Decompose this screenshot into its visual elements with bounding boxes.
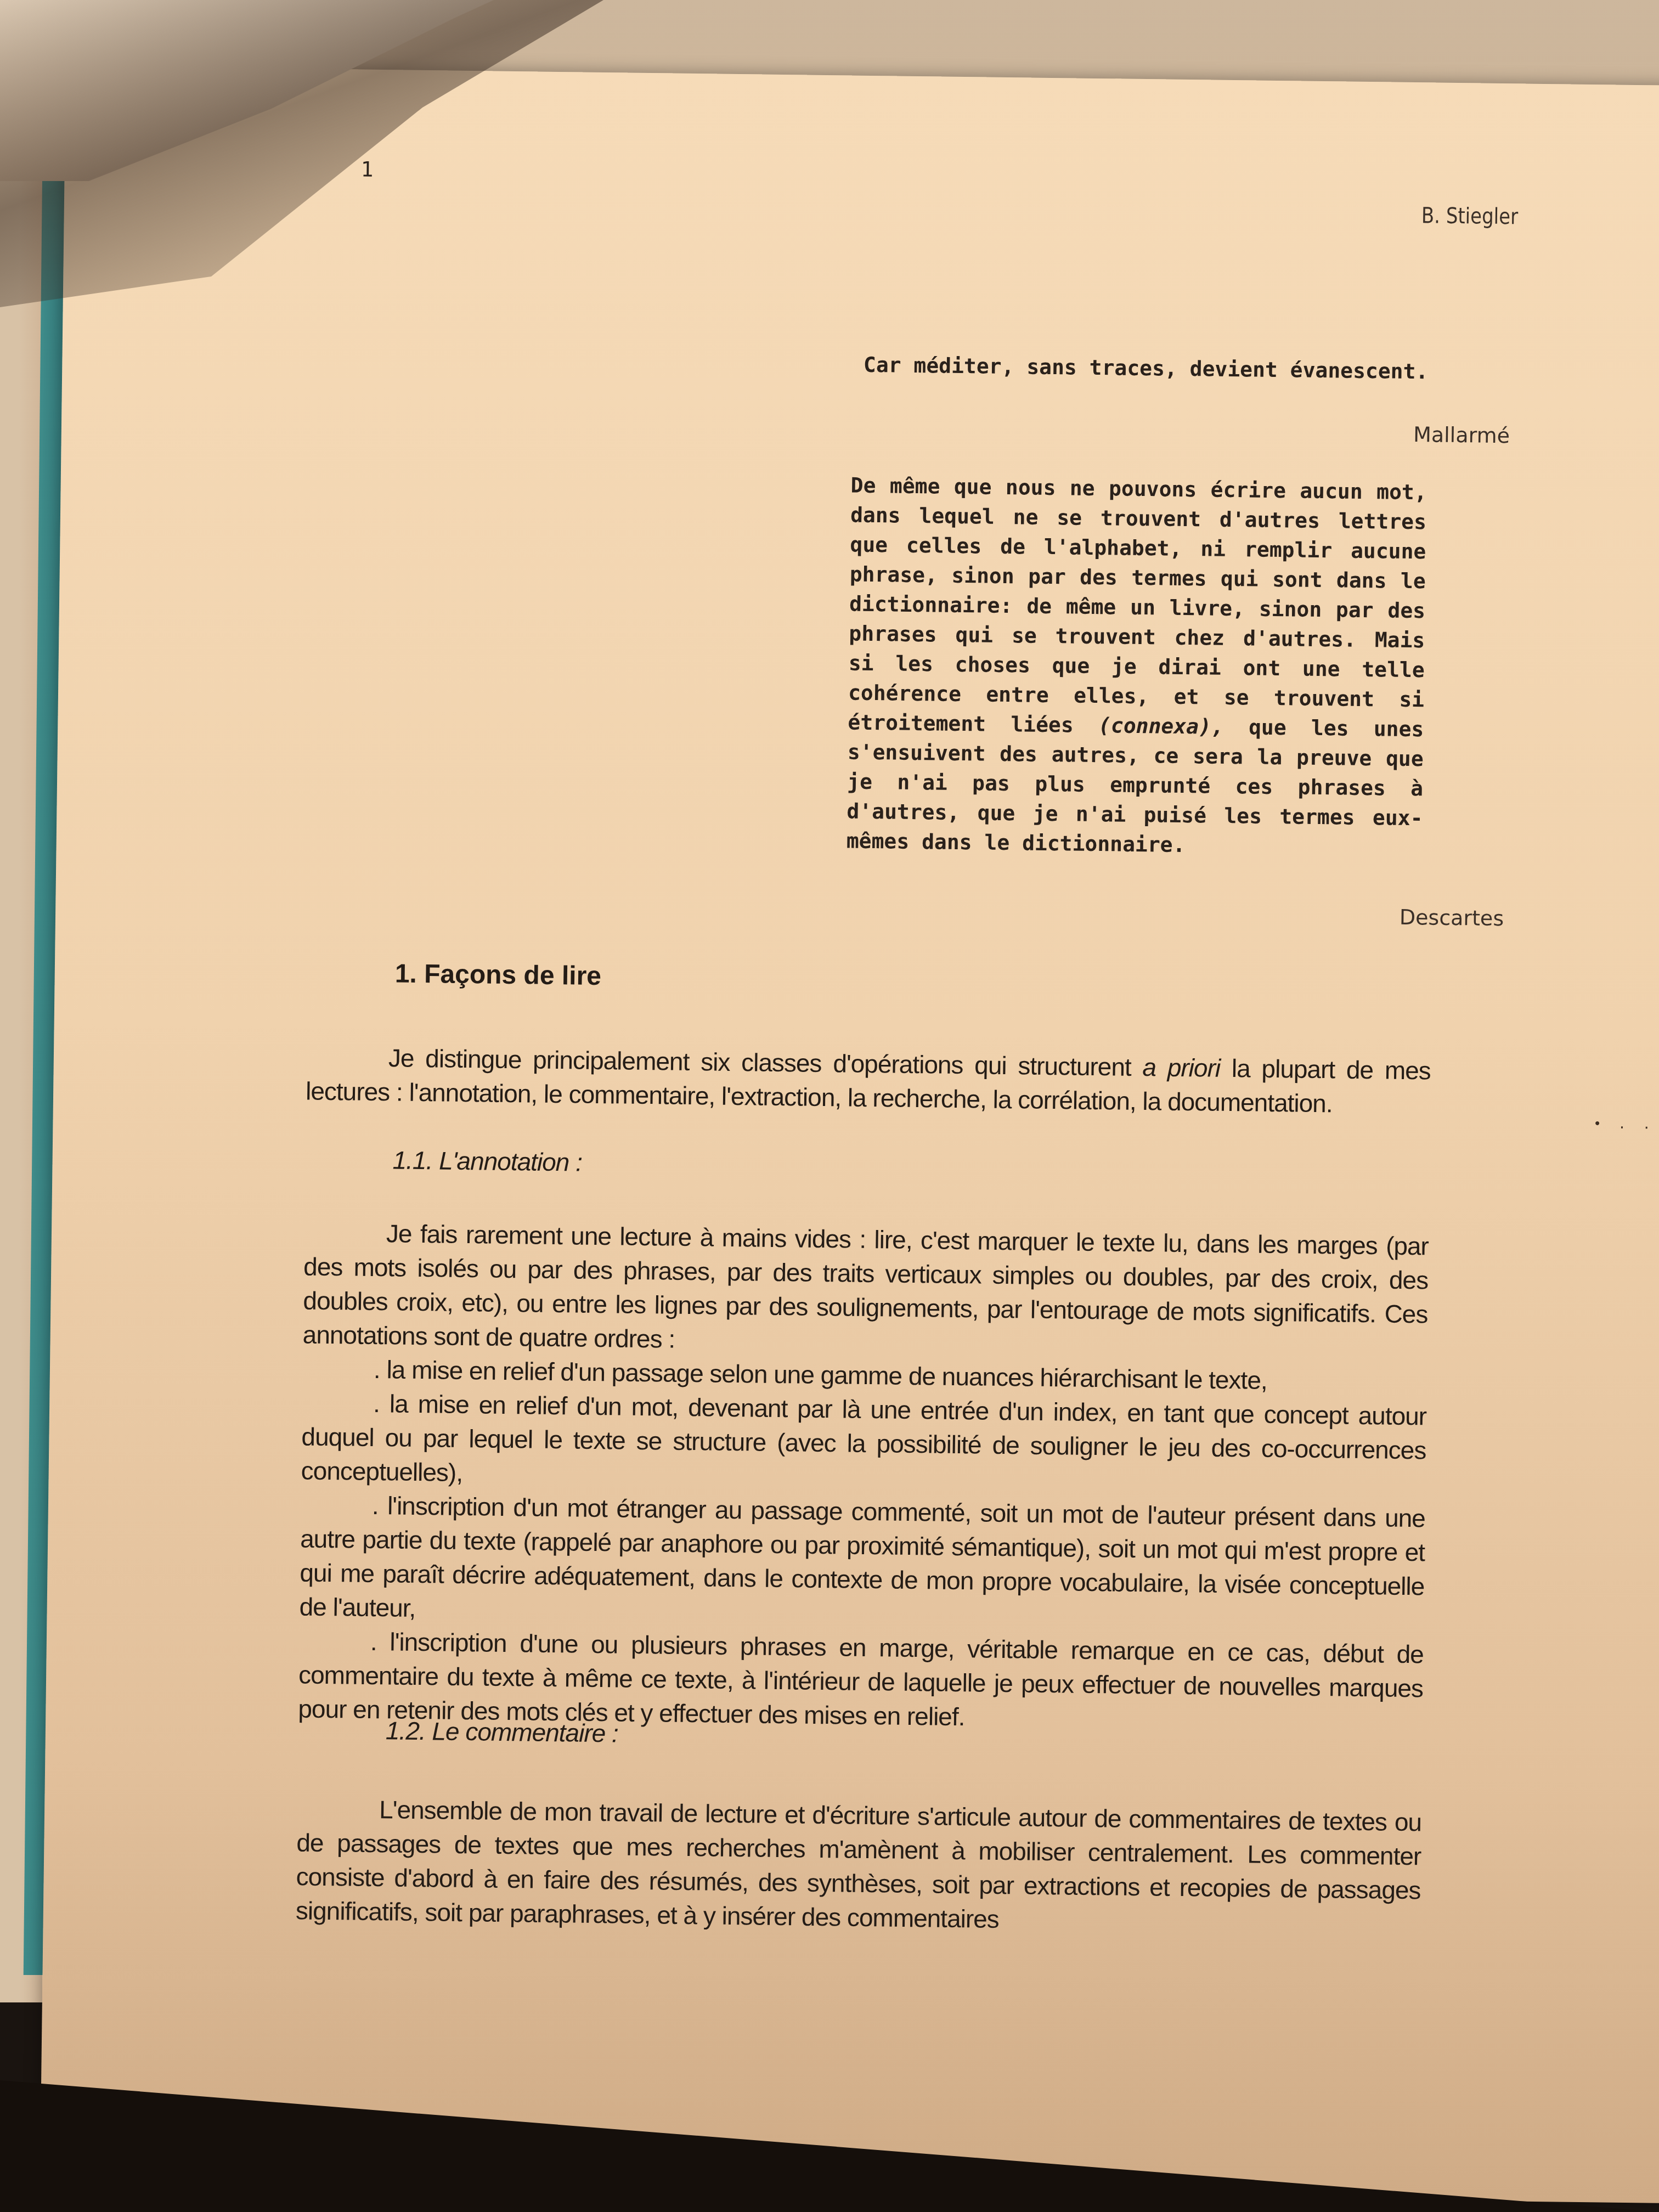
document-page: 1 B. Stiegler Car méditer, sans traces, … — [40, 66, 1659, 2203]
page-number: 1 — [360, 157, 373, 182]
commentaire-paragraph: L'ensemble de mon travail de lecture et … — [296, 1791, 1422, 1941]
annotation-list-item: . l'inscription d'un mot étranger au pas… — [299, 1487, 1425, 1637]
annotation-body: Je fais rarement une lecture à mains vid… — [298, 1215, 1429, 1739]
epigraph-descartes: De même que nous ne pouvons écrire aucun… — [847, 471, 1427, 863]
intro-italic-term: a priori — [1142, 1053, 1220, 1082]
page-content: 1 B. Stiegler Car méditer, sans traces, … — [40, 66, 1659, 2203]
epigraph-attribution-mallarme: Mallarmé — [1413, 422, 1510, 448]
intro-text-start: Je distingue principalement six classes … — [388, 1043, 1143, 1081]
subsection-title-annotation: 1.1. L'annotation : — [392, 1145, 582, 1177]
subsection-title-commentaire: 1.2. Le commentaire : — [386, 1716, 619, 1748]
epigraph-mallarme: Car méditer, sans traces, devient évanes… — [852, 350, 1429, 387]
epigraph-text-start: De même que nous ne pouvons écrire aucun… — [848, 473, 1427, 738]
annotation-list-item: . la mise en relief d'un mot, devenant p… — [301, 1385, 1426, 1501]
intro-paragraph: Je distingue principalement six classes … — [306, 1040, 1431, 1121]
annotation-paragraph: Je fais rarement une lecture à mains vid… — [302, 1215, 1429, 1365]
epigraph-latin-term: (connexa), — [1098, 713, 1224, 739]
margin-ink-dots: • . . — [1593, 1116, 1655, 1132]
author-header: B. Stiegler — [1421, 203, 1518, 229]
epigraph-attribution-descartes: Descartes — [1400, 905, 1504, 930]
commentaire-body: L'ensemble de mon travail de lecture et … — [296, 1791, 1422, 1941]
section-title: 1. Façons de lire — [394, 958, 601, 991]
section-intro: Je distingue principalement six classes … — [306, 1040, 1431, 1121]
